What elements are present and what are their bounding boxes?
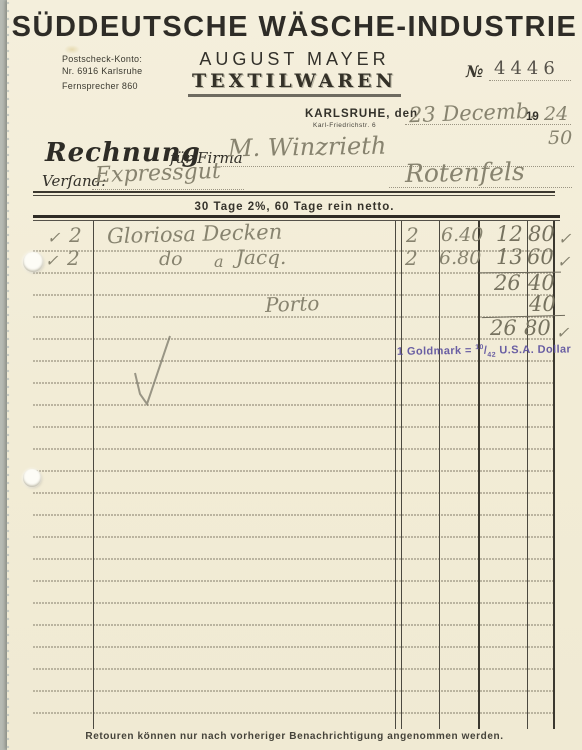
- col-line-price: [439, 221, 440, 729]
- col-line-amount: [478, 221, 480, 729]
- stamp-suffix: U.S.A. Dollar: [496, 343, 571, 356]
- row1-pfennig: 80: [528, 222, 555, 246]
- handwritten-year: 24: [544, 103, 568, 125]
- year-printed: 19: [526, 111, 539, 123]
- row1-qty2: 2: [406, 223, 419, 247]
- row2-ditto: do: [159, 248, 183, 270]
- row1-checkmark: ✓: [47, 228, 60, 247]
- invoice-number-value: 4446: [494, 58, 560, 79]
- porto-label: Porto: [265, 291, 320, 317]
- street-address: Karl-Friedrichstr. 6: [313, 122, 376, 129]
- phone-number: Fernsprecher 860: [62, 80, 142, 92]
- postscheck-label: Postscheck-Konto:: [62, 53, 142, 65]
- row2-checkmark: ✓: [45, 251, 58, 270]
- hole-punch-top: [23, 252, 43, 272]
- city-date-label: KARLSRUHE, den: [305, 108, 418, 120]
- row2-qty2: 2: [405, 246, 418, 270]
- invoice-paper: SÜDDEUTSCHE WÄSCHE-INDUSTRIE AUGUST MAYE…: [7, 0, 582, 750]
- postscheck-number: Nr. 6916 Karlsruhe: [62, 65, 142, 77]
- row1-qty: 2: [69, 223, 82, 247]
- row2-price: 6.80: [439, 247, 481, 269]
- row2-desc-a: a: [214, 252, 224, 271]
- row2-mark: 13: [496, 245, 523, 269]
- row2-tick: ✓: [557, 252, 570, 271]
- col-line-pfennig: [527, 221, 528, 729]
- row2-pfennig: 60: [527, 245, 554, 269]
- row2-qty: 2: [67, 246, 80, 270]
- shipping-underline: [92, 189, 244, 190]
- porto-pfennig: 40: [529, 292, 556, 316]
- invoice-number-label: №: [466, 62, 483, 81]
- divider-rule-top: [33, 191, 555, 196]
- row1-price: 6.40: [441, 224, 483, 246]
- handwritten-customer: M. Winzrieth: [228, 132, 387, 163]
- perforated-edge: [6, 0, 12, 750]
- goldmark-stamp: 1 Goldmark = 10/42 U.S.A. Dollar: [397, 343, 571, 360]
- handwritten-shipping: Expressgut: [95, 159, 222, 188]
- pencil-checkmark: [125, 334, 195, 412]
- stamp-denominator: 42: [487, 352, 496, 359]
- postscheck-block: Postscheck-Konto: Nr. 6916 Karlsruhe Fer…: [62, 53, 142, 92]
- destination-underline: [389, 187, 572, 188]
- handwritten-destination: Rotenfels: [405, 157, 525, 188]
- trade-name: TEXTILWAREN: [188, 70, 401, 97]
- handwritten-note-50: 50: [548, 127, 572, 149]
- row2-desc-jacq: Jacq.: [236, 245, 286, 269]
- subtotal-mark: 26: [494, 271, 521, 295]
- total-tick: ✓: [556, 323, 569, 342]
- row1-mark: 12: [496, 222, 523, 246]
- total-pfennig: 80: [524, 316, 551, 340]
- row1-tick: ✓: [558, 229, 571, 248]
- table-top-rule: [33, 215, 560, 221]
- stamp-prefix: 1 Goldmark =: [397, 345, 475, 358]
- col-line-desc-b: [401, 221, 402, 729]
- footer-notice: Retouren können nur nach vorheriger Bena…: [7, 731, 582, 742]
- row1-description: Gloriosa Decken: [107, 220, 283, 249]
- payment-terms: 30 Tage 2%, 60 Tage rein netto.: [7, 201, 582, 213]
- date-underline: [405, 124, 571, 125]
- stamp-numerator: 10: [475, 344, 484, 351]
- invoice-number-underline: [489, 80, 571, 81]
- total-mark: 26: [490, 316, 517, 340]
- handwritten-date: 23 Decemb.: [409, 99, 537, 127]
- col-line-desc-a: [395, 221, 396, 729]
- hole-punch-bottom: [23, 469, 41, 487]
- col-line-qty: [93, 221, 94, 729]
- ledger-row-lines: [33, 250, 554, 716]
- company-name: SÜDDEUTSCHE WÄSCHE-INDUSTRIE: [7, 11, 582, 44]
